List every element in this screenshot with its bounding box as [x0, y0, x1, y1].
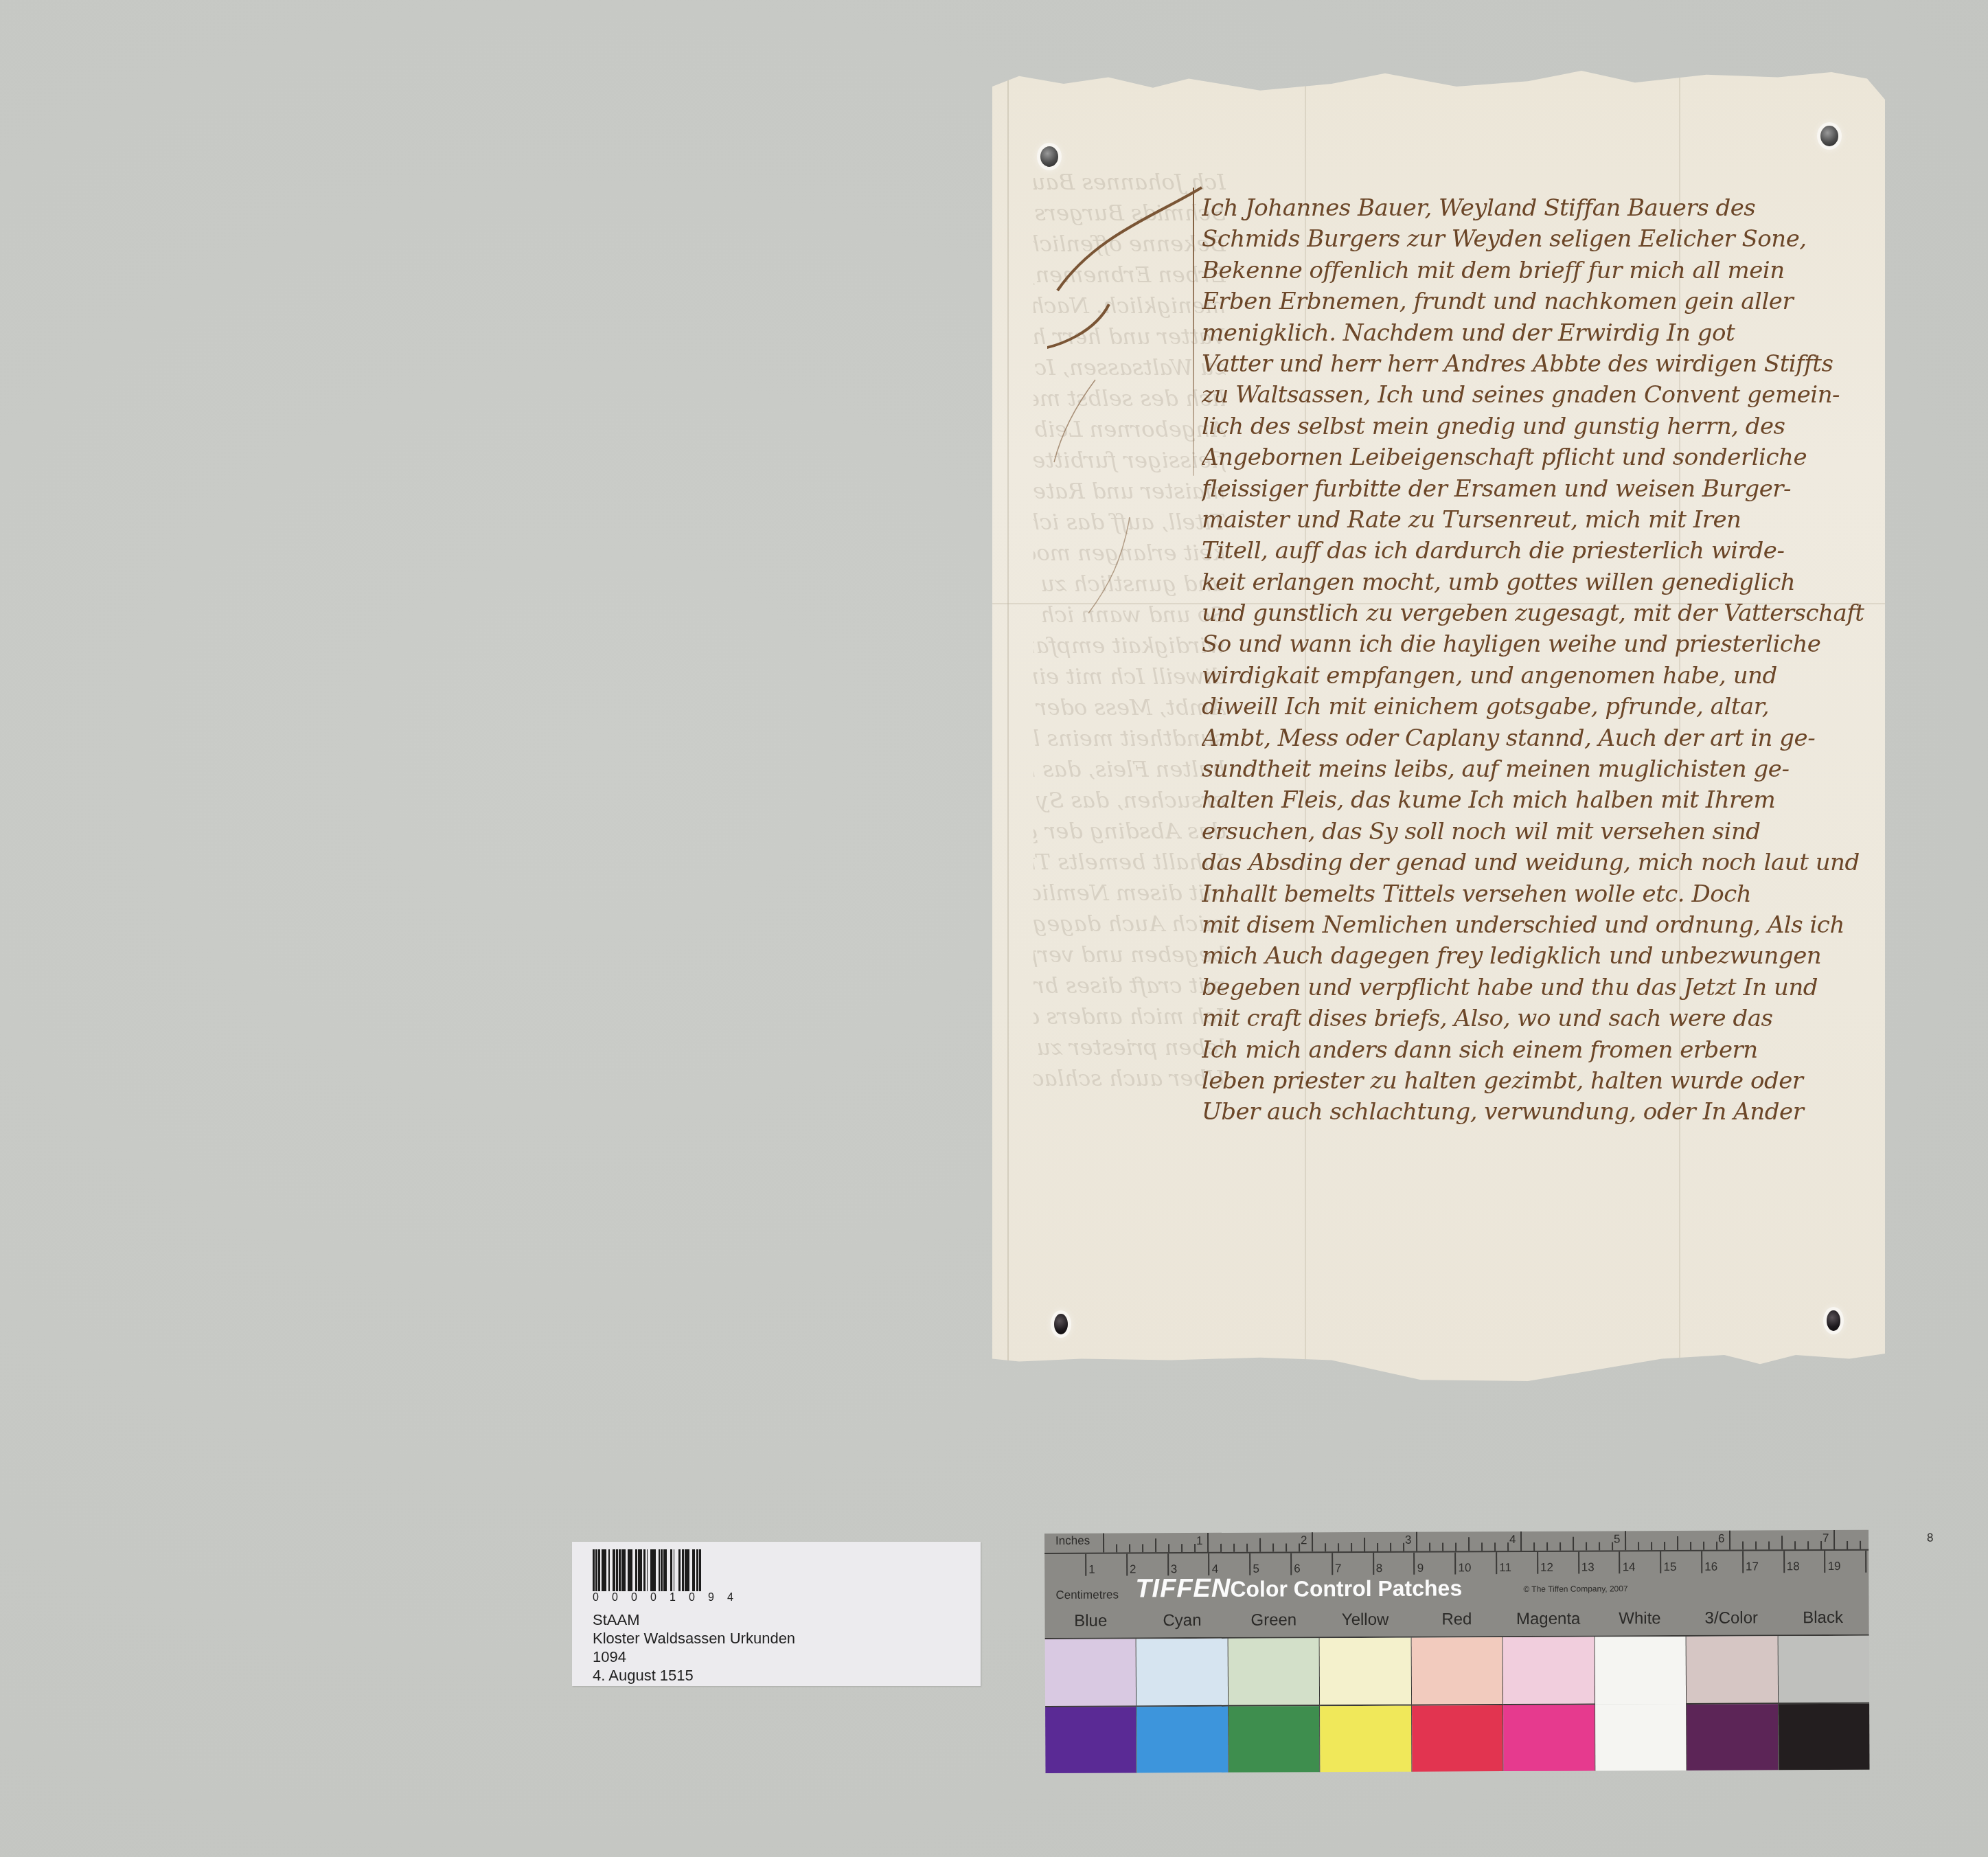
cm-tick-label: 10 [1458, 1561, 1471, 1575]
inch-tick-label: 5 [1614, 1532, 1621, 1546]
patch-light [1778, 1636, 1869, 1704]
patch-dark [1229, 1706, 1320, 1773]
initial-flourish-icon [1047, 174, 1212, 792]
magnet-icon [1054, 1314, 1068, 1334]
manuscript-line: diweill Ich mit einichem gotsgabe, pfrun… [1202, 692, 1909, 722]
manuscript-line: Erben Erbnemen, frundt und nachkomen gei… [1202, 286, 1909, 317]
patch-light [1595, 1637, 1686, 1704]
patch-labels: BlueCyanGreenYellowRedMagentaWhite3/Colo… [1044, 1608, 1869, 1631]
cm-tick-label: 9 [1417, 1562, 1424, 1575]
inch-tick-label: 1 [1196, 1534, 1203, 1548]
barcode-digit: 0 [612, 1592, 618, 1604]
cm-tick-label: 6 [1294, 1562, 1301, 1575]
cm-tick-label: 12 [1540, 1561, 1553, 1575]
manuscript-sheet: Ich Johannes Bauer, Weyland Stiffan Baue… [992, 71, 1885, 1382]
inch-tick-label: 2 [1301, 1534, 1307, 1547]
barcode-digit: 1 [670, 1592, 676, 1604]
fold-line [1007, 71, 1009, 1382]
patch-light [1136, 1639, 1228, 1707]
patch-label-yellow: Yellow [1319, 1610, 1410, 1630]
barcode-digit: 0 [650, 1592, 656, 1604]
inch-tick-label: 4 [1509, 1533, 1516, 1547]
color-patches [1045, 1634, 1870, 1773]
patch-light [1411, 1637, 1503, 1705]
patch-light [1045, 1639, 1136, 1707]
patch-label-red: Red [1411, 1610, 1503, 1630]
cm-tick-label: 1 [1088, 1563, 1095, 1577]
catalog-label: 00001094 StAAM Kloster Waldsassen Urkund… [572, 1542, 981, 1686]
archive-code: StAAM [593, 1610, 795, 1629]
inch-tick-label: 8 [1927, 1531, 1934, 1545]
cm-tick-label: 16 [1704, 1560, 1717, 1574]
patch-column [1594, 1637, 1686, 1771]
margin-stroke [1193, 187, 1194, 476]
patch-dark [1045, 1707, 1136, 1773]
magnet-icon [1820, 126, 1838, 146]
manuscript-line: halten Fleis, das kume Ich mich halben m… [1202, 785, 1909, 816]
centimetres-label: Centimetres [1055, 1588, 1119, 1602]
cm-tick-label: 7 [1335, 1562, 1342, 1575]
inch-tick-label: 7 [1823, 1531, 1829, 1545]
manuscript-line: leben priester zu halten gezimbt, halten… [1202, 1066, 1909, 1097]
manuscript-line: keit erlangen mocht, umb gottes willen g… [1202, 567, 1909, 598]
manuscript-line: maister und Rate zu Tursenreut, mich mit… [1202, 505, 1909, 536]
cm-tick-label: 5 [1253, 1562, 1259, 1576]
patch-dark [1503, 1705, 1595, 1771]
patch-dark [1412, 1705, 1503, 1772]
patch-column [1228, 1638, 1320, 1773]
cm-tick-label: 19 [1828, 1560, 1841, 1573]
cm-tick-label: 17 [1746, 1560, 1759, 1573]
card-header: Inches 12345678 123456789101112131415161… [1044, 1530, 1869, 1638]
patch-dark [1779, 1703, 1870, 1770]
cm-tick-label: 15 [1663, 1560, 1676, 1574]
inch-tick-label: 3 [1405, 1534, 1412, 1547]
patch-dark [1595, 1703, 1687, 1770]
barcode-digit: 0 [631, 1592, 637, 1604]
manuscript-line: Titell, auff das ich dardurch die priest… [1202, 536, 1909, 567]
cm-tick-label: 11 [1499, 1561, 1511, 1575]
barcode-digit: 9 [708, 1592, 714, 1604]
document-number: 1094 [593, 1648, 795, 1666]
manuscript-line: das Absding der genad und weidung, mich … [1202, 847, 1909, 878]
manuscript-line: Inhallt bemelts Tittels versehen wolle e… [1202, 879, 1909, 910]
patch-column [1410, 1637, 1503, 1772]
copyright-text: © The Tiffen Company, 2007 [1523, 1584, 1627, 1594]
cm-tick-label: 13 [1581, 1561, 1595, 1575]
manuscript-line: mich Auch dagegen frey ledigklich und un… [1202, 941, 1909, 972]
manuscript-line: Ich mich anders dann sich einem fromen e… [1202, 1035, 1909, 1066]
patch-label-black: Black [1777, 1608, 1869, 1628]
manuscript-line: Ambt, Mess oder Caplany stannd, Auch der… [1202, 723, 1909, 754]
barcode-digit: 0 [593, 1592, 599, 1604]
manuscript-line: und gunstlich zu vergeben zugesagt, mit … [1202, 598, 1909, 629]
patch-label-green: Green [1228, 1610, 1319, 1630]
patch-column [1136, 1639, 1228, 1773]
barcode-icon [593, 1549, 701, 1591]
collection-name: Kloster Waldsassen Urkunden [593, 1629, 795, 1648]
patch-column [1045, 1639, 1136, 1773]
manuscript-line: begeben und verpflicht habe und thu das … [1202, 972, 1909, 1003]
manuscript-line: wirdigkait empfangen, und angenomen habe… [1202, 661, 1909, 692]
card-title: Color Control Patches [1230, 1575, 1462, 1602]
patch-label-magenta: Magenta [1503, 1610, 1594, 1630]
document-date: 4. August 1515 [593, 1666, 795, 1685]
handwritten-text-block: Ich Johannes Bauer, Weyland Stiffan Baue… [1202, 193, 1909, 1128]
manuscript-line: zu Waltsassen, Ich und seines gnaden Con… [1202, 380, 1909, 411]
manuscript-line: lich des selbst mein gnedig und gunstig … [1202, 411, 1909, 442]
barcode-digit: 0 [689, 1592, 695, 1604]
cm-tick-label: 18 [1787, 1560, 1800, 1573]
patch-dark [1687, 1704, 1778, 1770]
inch-ruler: Inches 12345678 [1044, 1530, 1869, 1554]
patch-column [1686, 1636, 1778, 1770]
manuscript-line: Bekenne offenlich mit dem brieff fur mic… [1202, 255, 1909, 286]
patch-light [1503, 1637, 1595, 1705]
patch-light [1687, 1636, 1778, 1704]
brand-logo: TIFFEN [1135, 1574, 1231, 1604]
patch-label-3-color: 3/Color [1686, 1608, 1777, 1628]
inch-tick-label: 6 [1718, 1532, 1725, 1546]
manuscript-line: Ich Johannes Bauer, Weyland Stiffan Baue… [1202, 193, 1909, 224]
patch-label-white: White [1594, 1609, 1685, 1629]
patch-dark [1320, 1705, 1411, 1772]
magnet-icon [1827, 1310, 1840, 1331]
patch-light [1320, 1638, 1411, 1706]
manuscript-line: So und wann ich die hayligen weihe und p… [1202, 629, 1909, 660]
barcode-digit: 4 [727, 1592, 733, 1604]
manuscript-line: ersuchen, das Sy soll noch wil mit verse… [1202, 817, 1909, 847]
manuscript-line: Uber auch schlachtung, verwundung, oder … [1202, 1097, 1909, 1128]
manuscript-line: mit craft dises briefs, Also, wo und sac… [1202, 1003, 1909, 1034]
patch-light [1229, 1638, 1320, 1706]
manuscript-line: Angebornen Leibeigenschaft pflicht und s… [1202, 442, 1909, 473]
manuscript-line: Schmids Burgers zur Weyden seligen Eelic… [1202, 224, 1909, 255]
patch-dark [1137, 1706, 1229, 1773]
patch-column [1777, 1636, 1869, 1770]
manuscript-line: Vatter und herr herr Andres Abbte des wi… [1202, 349, 1909, 380]
manuscript-line: fleissiger furbitte der Ersamen und weis… [1202, 474, 1909, 505]
cm-tick-label: 8 [1376, 1562, 1383, 1575]
manuscript-line: sundtheit meins leibs, auf meinen muglic… [1202, 754, 1909, 785]
patch-column [1503, 1637, 1595, 1772]
patch-label-cyan: Cyan [1136, 1611, 1228, 1631]
label-text: StAAM Kloster Waldsassen Urkunden 1094 4… [593, 1610, 795, 1685]
color-control-card: Inches 12345678 123456789101112131415161… [1044, 1530, 1870, 1772]
manuscript-line: menigklich. Nachdem und der Erwirdig In … [1202, 318, 1909, 349]
inches-label: Inches [1055, 1534, 1090, 1548]
cm-tick-label: 14 [1623, 1560, 1636, 1574]
manuscript-line: mit disem Nemlichen underschied und ordn… [1202, 910, 1909, 941]
magnet-icon [1040, 146, 1058, 167]
barcode-digits: 00001094 [593, 1592, 733, 1604]
patch-label-blue: Blue [1044, 1611, 1136, 1631]
patch-column [1319, 1638, 1411, 1773]
